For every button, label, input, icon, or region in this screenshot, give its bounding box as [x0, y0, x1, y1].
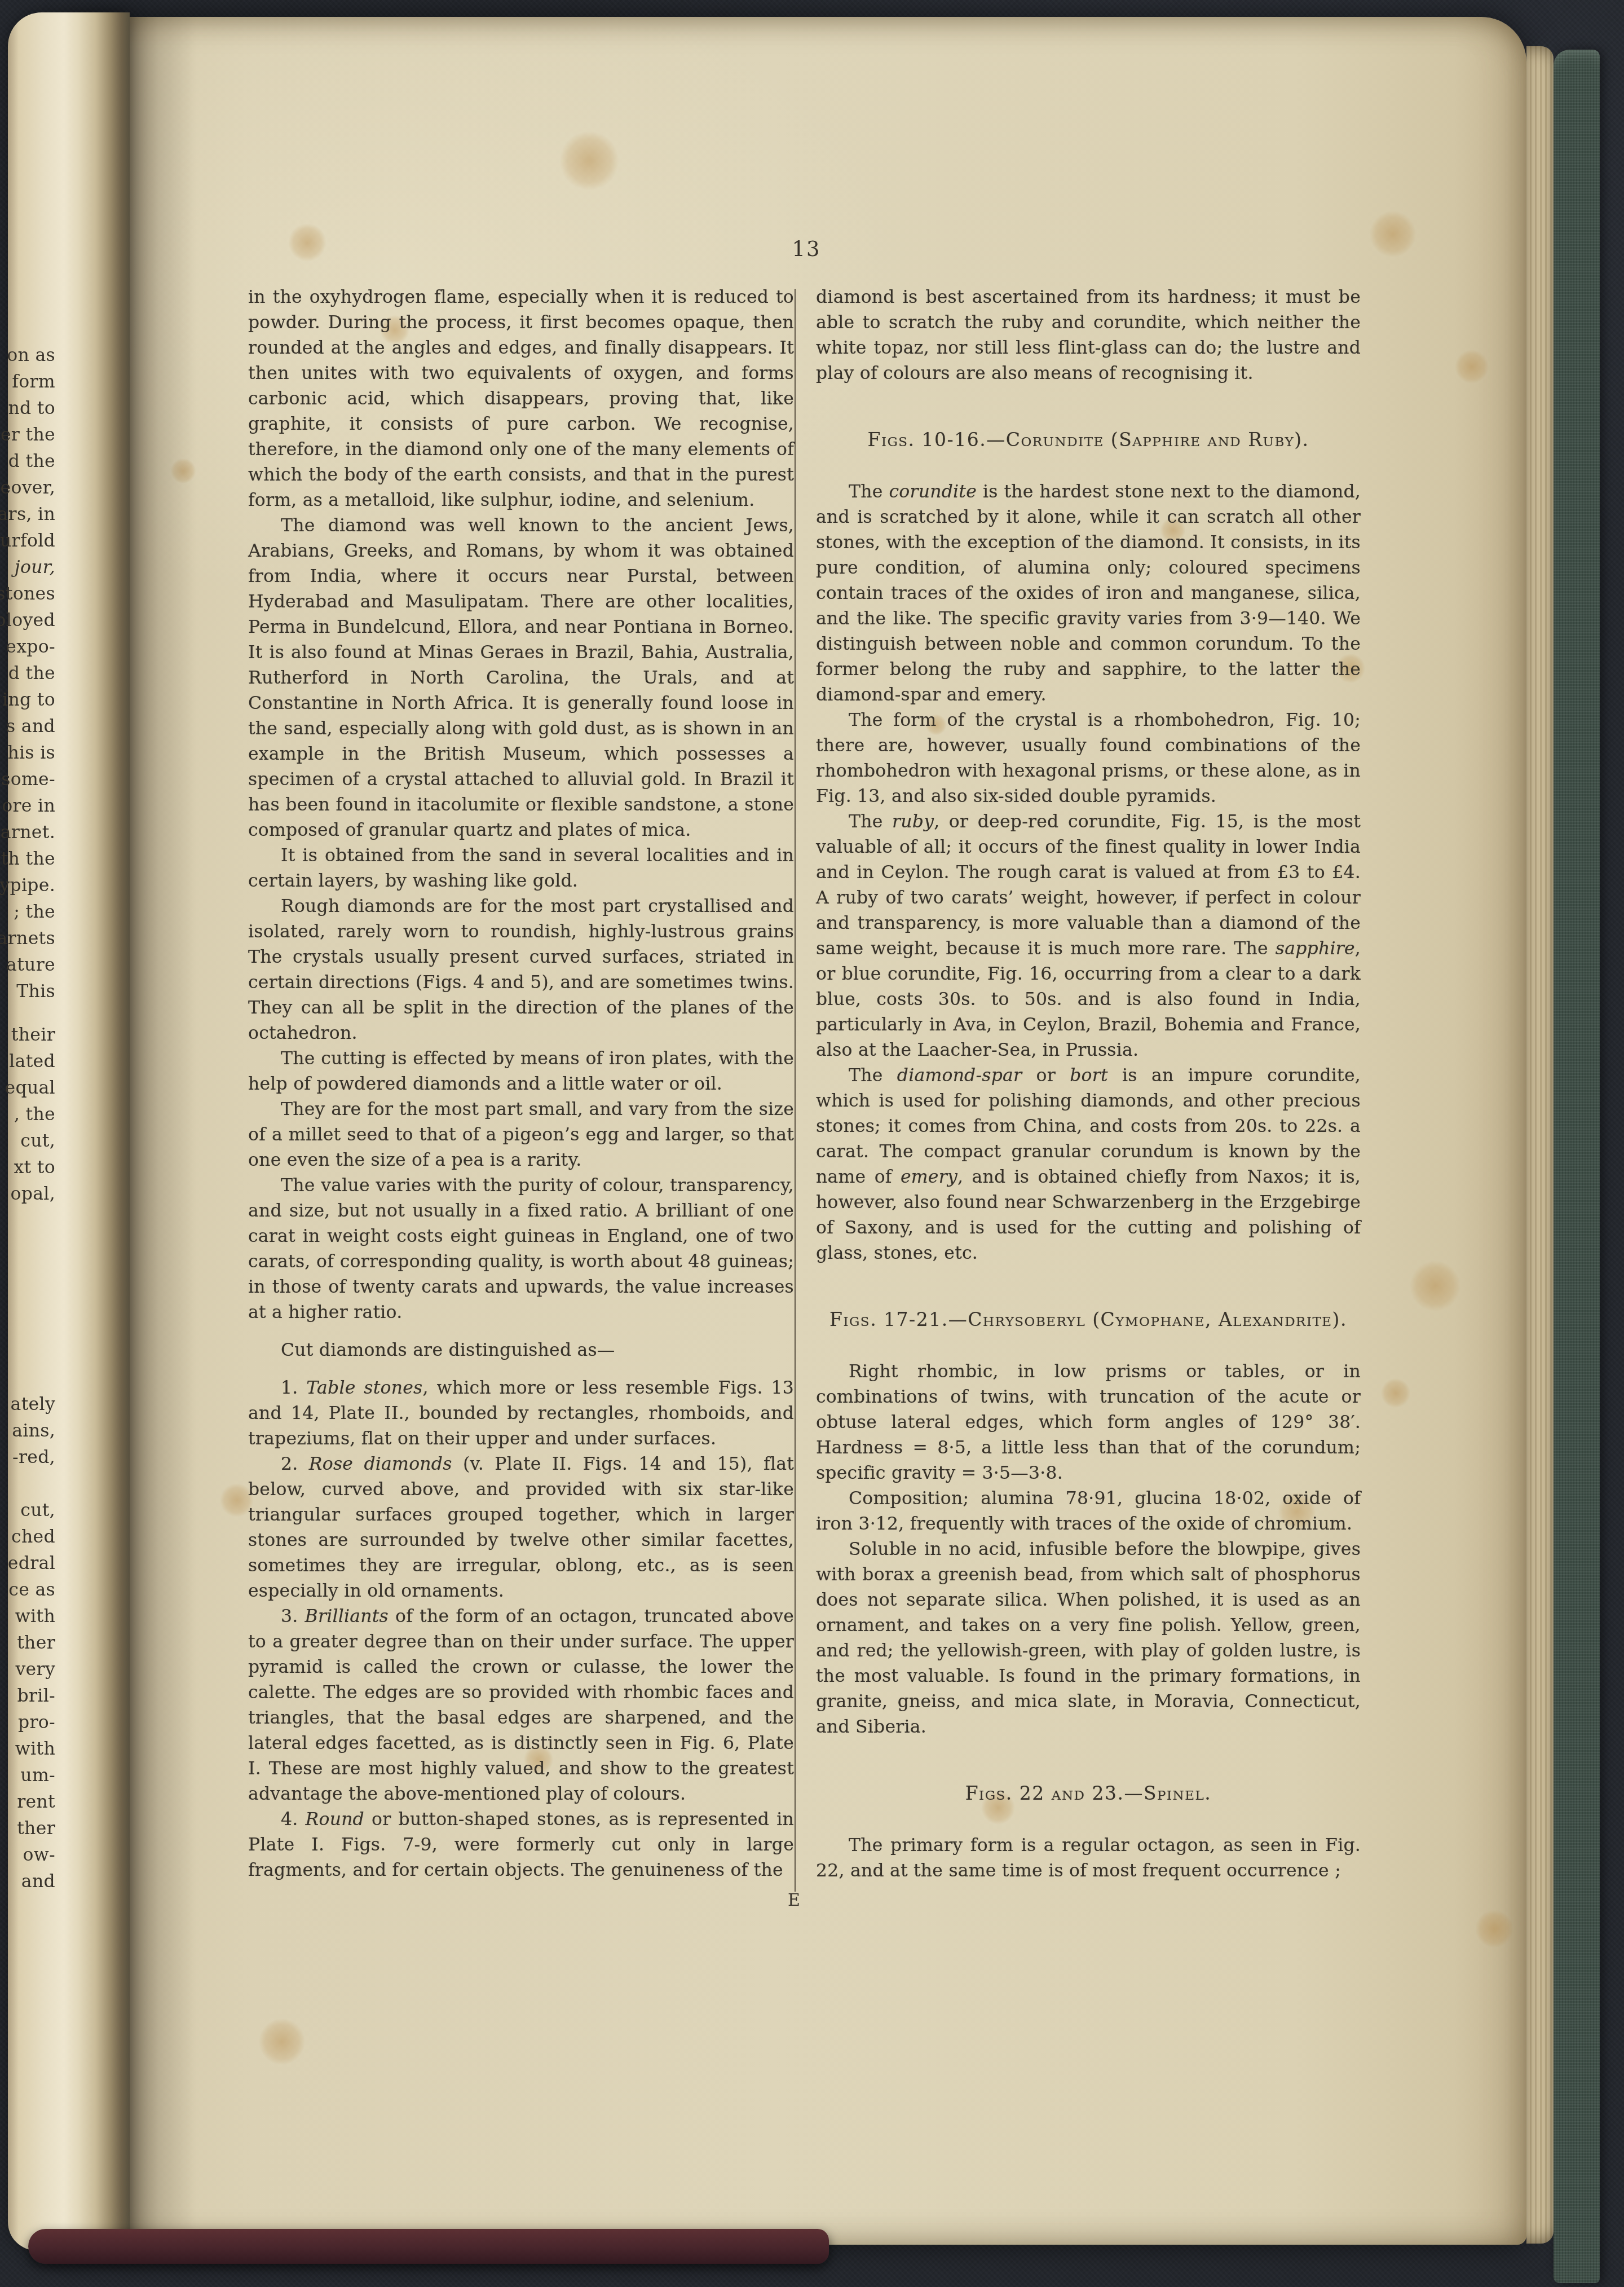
page-number: 13 — [767, 237, 846, 261]
left-text-column: in the oxyhydrogen flame, especially whe… — [248, 285, 794, 1883]
column-divider-rule — [795, 289, 796, 1892]
cutoff-text-fragment: ars, in — [0, 502, 55, 527]
cutoff-text-fragment: jour, — [15, 555, 55, 580]
paragraph: The corundite is the hardest stone next … — [816, 479, 1361, 708]
section-heading: Figs. 10-16.—Corundite (Sapphire and Rub… — [816, 427, 1361, 452]
cutoff-text-fragment: with — [15, 1604, 55, 1629]
cutoff-text-fragment: s and — [6, 714, 55, 739]
book-scan: 13 in the oxyhydrogen flame, especially … — [0, 0, 1624, 2287]
cutoff-text-fragment: ce as — [8, 1577, 55, 1603]
paragraph: 1. Table stones, which more or less rese… — [248, 1376, 794, 1452]
paragraph: Composition; alumina 78·91, glucina 18·0… — [816, 1486, 1361, 1537]
cutoff-text-fragment: d the — [8, 449, 55, 474]
cutoff-text-fragment: their — [11, 1023, 55, 1048]
paragraph: The diamond-spar or bort is an impure co… — [816, 1063, 1361, 1266]
paragraph: The primary form is a regular octagon, a… — [816, 1833, 1361, 1884]
cutoff-text-fragment: and — [21, 1869, 55, 1894]
cutoff-text-fragment: rent — [17, 1790, 55, 1815]
cutoff-text-fragment: th the — [1, 847, 55, 872]
cutoff-text-fragment: arnet. — [1, 820, 55, 845]
section-heading: Figs. 22 and 23.—Spinel. — [816, 1781, 1361, 1806]
cutoff-text-fragment: ypipe. — [0, 873, 55, 898]
paragraph: 3. Brilliants of the form of an octagon,… — [248, 1604, 794, 1807]
paragraph: Soluble in no acid, infusible before the… — [816, 1537, 1361, 1740]
paragraph: The cutting is effected by means of iron… — [248, 1046, 794, 1097]
cutoff-text-fragment: some- — [1, 767, 55, 792]
cutoff-text-fragment: ther — [17, 1631, 55, 1656]
cutoff-text-fragment: ately — [11, 1392, 55, 1417]
right-text-column: diamond is best ascertained from its har… — [816, 285, 1361, 1884]
paragraph: 2. Rose diamonds (v. Plate II. Figs. 14 … — [248, 1452, 794, 1604]
cutoff-text-fragment: ched — [11, 1524, 55, 1550]
cutoff-text-fragment: expo- — [6, 634, 55, 660]
cutoff-text-fragment: nd to — [8, 396, 55, 421]
paragraph: 4. Round or button-shaped stones, as is … — [248, 1807, 794, 1883]
cutoff-text-fragment: edral — [8, 1551, 55, 1576]
paragraph: Cut diamonds are distinguished as— — [248, 1338, 794, 1363]
cutoff-text-fragment: cut, — [20, 1129, 55, 1154]
cutoff-text-fragment: opal, — [11, 1182, 56, 1207]
paragraph: Right rhombic, in low prisms or tables, … — [816, 1359, 1361, 1486]
paragraph: diamond is best ascertained from its har… — [816, 285, 1361, 386]
cutoff-text-fragment: eover, — [1, 475, 55, 501]
paragraph: The value varies with the purity of colo… — [248, 1173, 794, 1325]
paragraph: The form of the crystal is a rhombohedro… — [816, 708, 1361, 809]
cutoff-text-fragment: on as — [7, 343, 55, 368]
signature-mark: E — [771, 1891, 817, 1910]
cutoff-text-fragment: xt to — [14, 1155, 55, 1180]
cutoff-text-fragment: stones — [0, 581, 55, 607]
cutoff-text-fragment: ow- — [23, 1843, 55, 1868]
paragraph: It is obtained from the sand in several … — [248, 843, 794, 894]
cutoff-text-fragment: cut, — [20, 1498, 55, 1523]
cutoff-text-fragment: um- — [20, 1763, 55, 1788]
cutoff-text-fragment: d the — [8, 661, 55, 686]
cutoff-text-fragment: very — [16, 1657, 56, 1682]
paragraph: Rough diamonds are for the most part cry… — [248, 894, 794, 1046]
book-cover-bottom-edge — [28, 2229, 829, 2264]
cutoff-text-fragment: ains, — [12, 1418, 55, 1444]
cutoff-text-fragment: er the — [1, 422, 55, 448]
cutoff-text-fragment: ; the — [14, 900, 55, 925]
book-cover-cloth — [1554, 50, 1600, 2283]
cutoff-text-fragment: ing to — [2, 688, 55, 713]
paragraph: They are for the most part small, and va… — [248, 1097, 794, 1173]
cutoff-text-fragment: urfold — [0, 528, 55, 554]
cutoff-text-fragment: ther — [17, 1816, 55, 1841]
cutoff-text-fragment: equal — [5, 1076, 55, 1101]
cutoff-text-fragment: form — [12, 369, 55, 395]
section-heading: Figs. 17-21.—Chrysoberyl (Cymophane, Ale… — [816, 1307, 1361, 1332]
cutoff-text-fragment: This — [16, 979, 55, 1004]
cutoff-text-fragment: his is — [7, 741, 55, 766]
facing-page-text-fragments: on asformnd toer thed theeover,ars, inur… — [0, 0, 130, 2287]
cutoff-text-fragment: ature — [6, 953, 55, 978]
cutoff-text-fragment: bril- — [17, 1684, 55, 1709]
paragraph: in the oxyhydrogen flame, especially whe… — [248, 285, 794, 513]
cutoff-text-fragment: , the — [14, 1102, 55, 1127]
paragraph: The ruby, or deep-red corundite, Fig. 15… — [816, 809, 1361, 1063]
cutoff-text-fragment: ore in — [2, 794, 55, 819]
cutoff-text-fragment: pro- — [18, 1710, 55, 1735]
cutoff-text-fragment: oloyed — [0, 608, 55, 633]
paragraph: The diamond was well known to the ancien… — [248, 513, 794, 843]
cutoff-text-fragment: with — [15, 1737, 55, 1762]
cutoff-text-fragment: -red, — [12, 1445, 55, 1470]
cutoff-text-fragment: arnets — [0, 926, 55, 951]
cutoff-text-fragment: lated — [9, 1049, 55, 1074]
page-edges-stack — [1526, 46, 1554, 2244]
